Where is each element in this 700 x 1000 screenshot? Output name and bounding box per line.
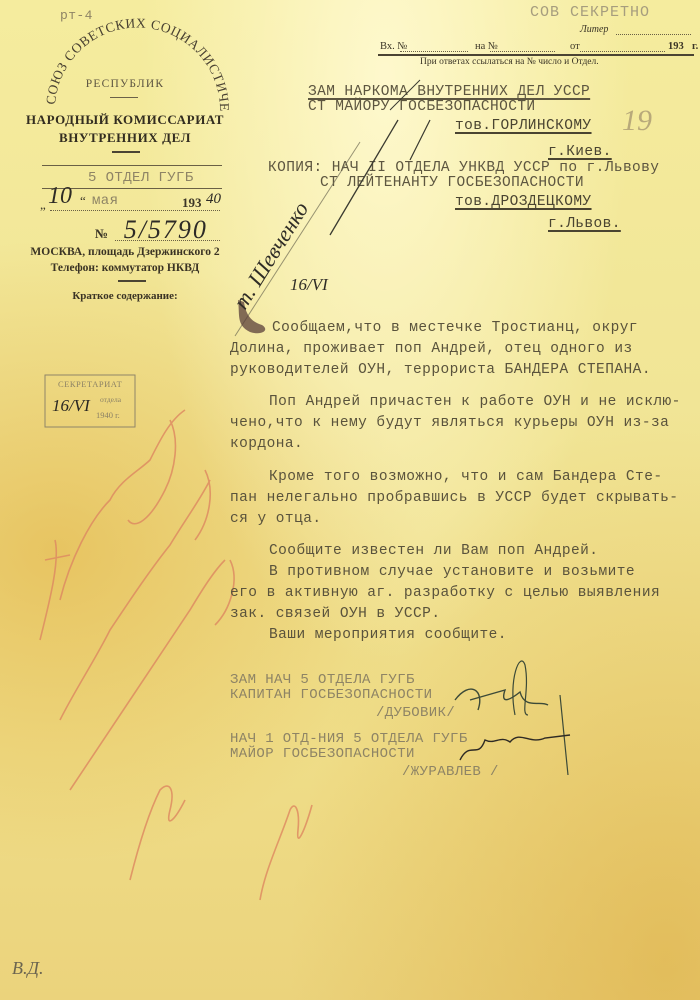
signer2-name: /ЖУРАВЛЕВ / (402, 764, 499, 780)
bottom-initials: В.Д. (12, 958, 43, 979)
stamp-title: СЕКРЕТАРИАТ (58, 379, 122, 389)
signer2-title-line2: МАЙОР ГОСБЕЗОПАСНОСТИ (230, 746, 415, 762)
body-line: кордона. (230, 436, 303, 452)
stamp-subtitle: отдела (100, 395, 121, 404)
signer1-title-line2: КАПИТАН ГОСБЕЗОПАСНОСТИ (230, 687, 432, 703)
stamp-year: 1940 г. (96, 410, 120, 420)
signer1-title-line1: ЗАМ НАЧ 5 ОТДЕЛА ГУГБ (230, 672, 415, 688)
body-line: Долина, проживает поп Андрей, отец одног… (230, 341, 633, 357)
body-line: В противном случае установите и возьмите (269, 564, 635, 580)
body-line: Сообщаем,что в местечке Тростианц, округ (272, 320, 638, 336)
body-line: Поп Андрей причастен к работе ОУН и не и… (269, 394, 681, 410)
body-line: пан нелегально пробравшись в УССР будет … (230, 490, 678, 506)
signer1-name: /ДУБОВИК/ (376, 705, 455, 721)
diagonal-assignment-date: 16/VI (290, 275, 328, 295)
body-line: руководителей ОУН, террориста БАНДЕРА СТ… (230, 362, 651, 378)
signer2-title-line1: НАЧ 1 ОТД-НИЯ 5 ОТДЕЛА ГУГБ (230, 731, 468, 747)
body-line: ся у отца. (230, 511, 322, 527)
body-line: его в активную аг. разработку с целью вы… (230, 585, 660, 601)
body-line: Ваши мероприятия сообщите. (269, 627, 507, 643)
stamp-date-handwritten: 16/VI (52, 396, 90, 416)
body-line: чено,что к нему будут являться курьеры О… (230, 415, 669, 431)
body-line: зак. связей ОУН в УССР. (230, 606, 440, 622)
body-line: Кроме того возможно, что и сам Бандера С… (269, 469, 663, 485)
body-line: Сообщите известен ли Вам поп Андрей. (269, 543, 598, 559)
